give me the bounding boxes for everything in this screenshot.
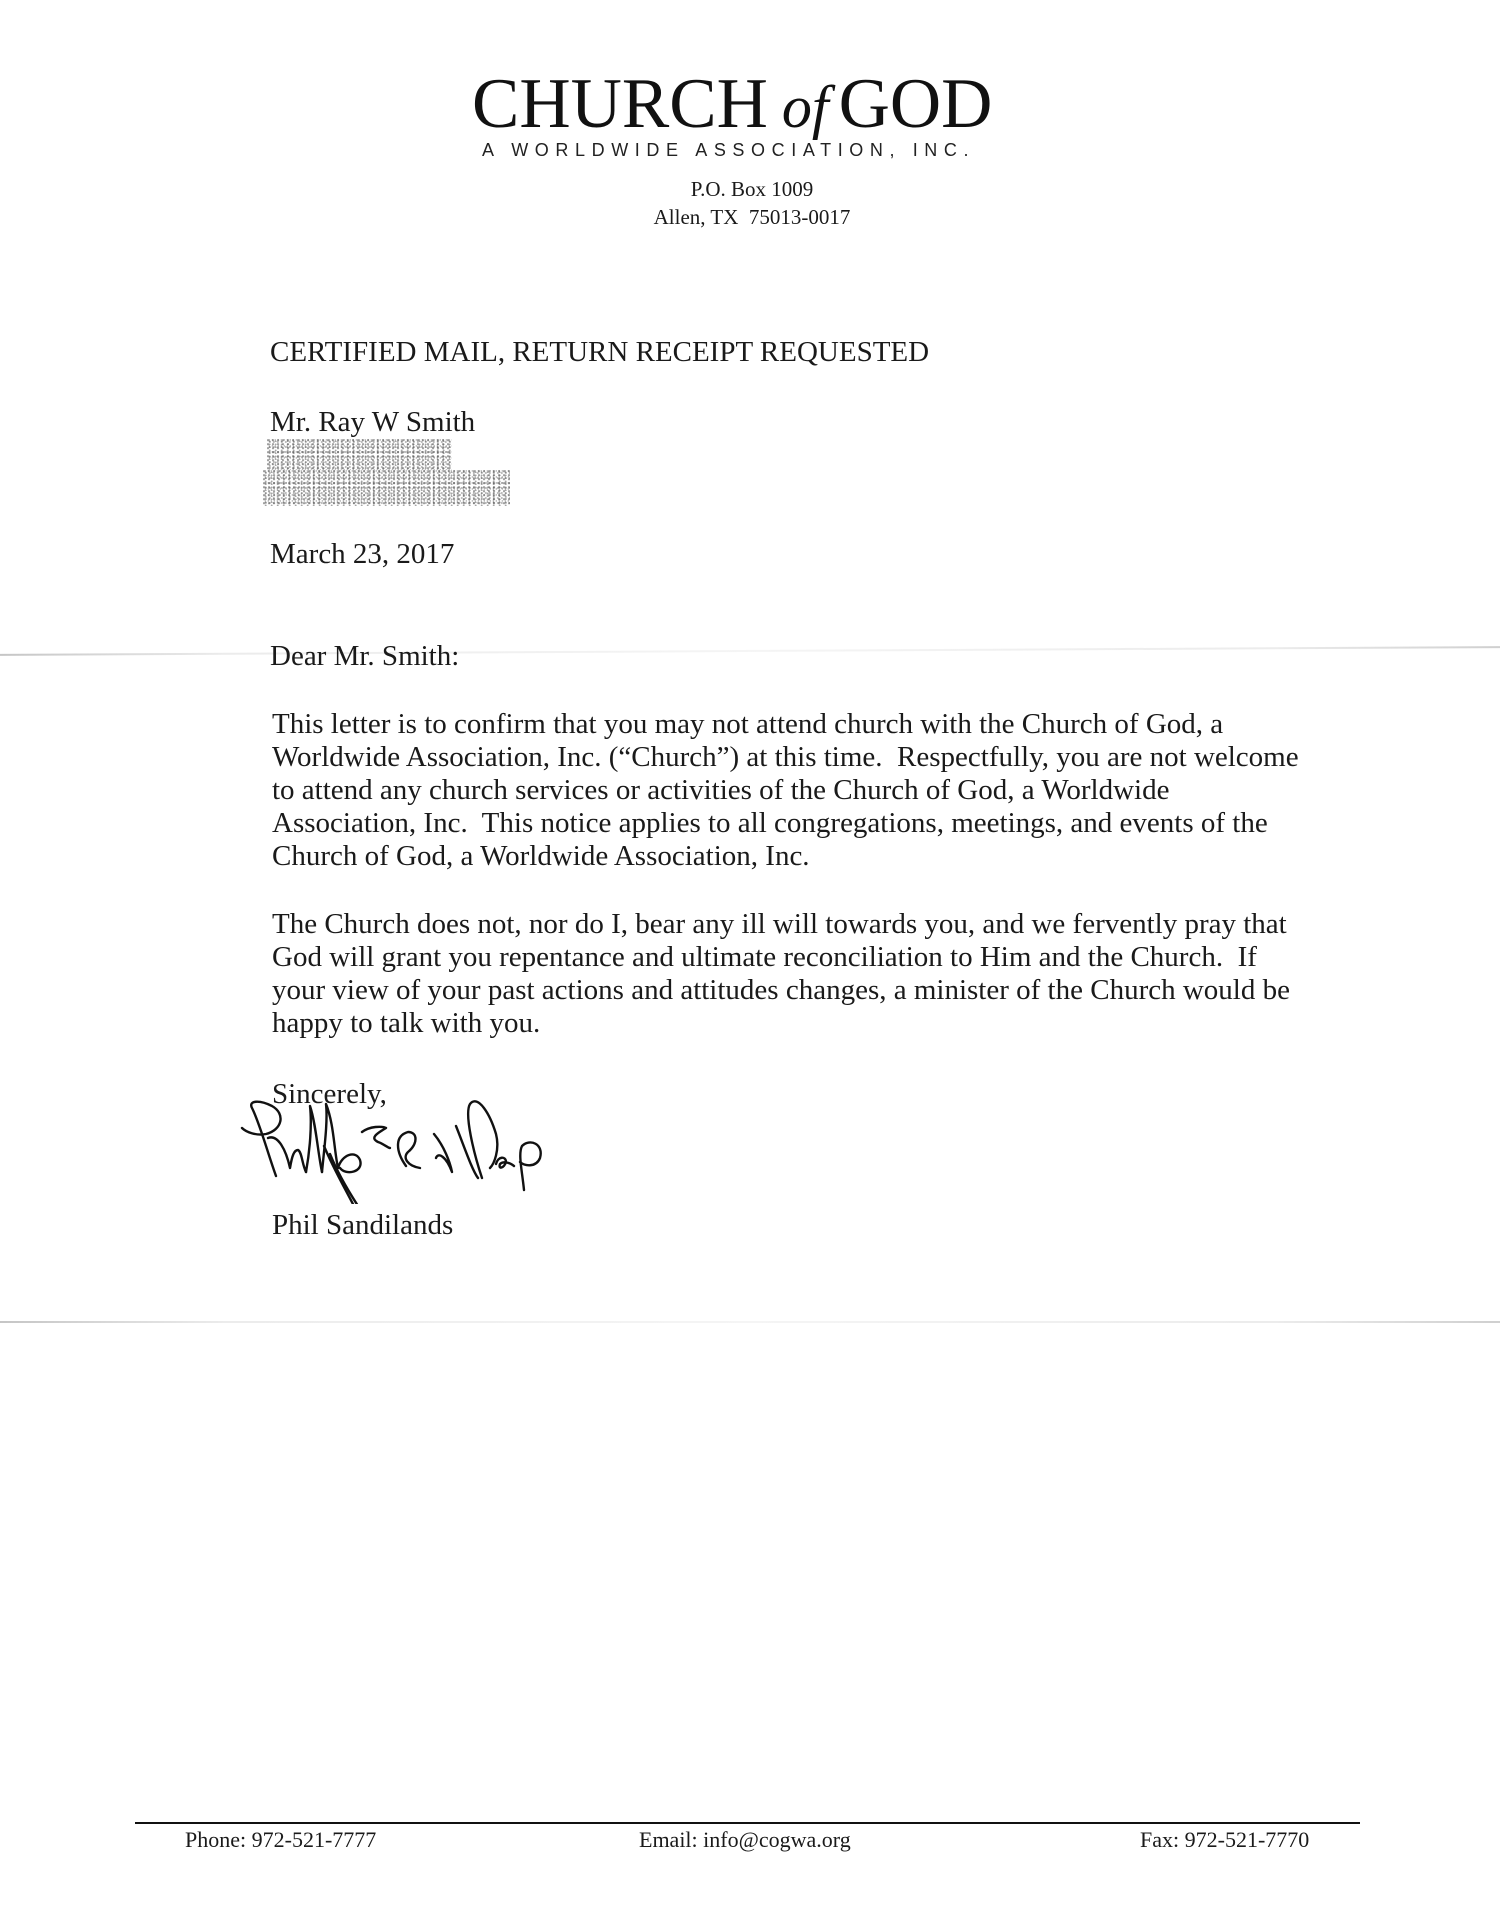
letterhead-address-line2: Allen, TX 75013-0017 bbox=[0, 207, 1500, 228]
paragraph-line: happy to talk with you. bbox=[272, 1009, 540, 1038]
paragraph-line: Church of God, a Worldwide Association, … bbox=[272, 842, 810, 871]
delivery-notice: CERTIFIED MAIL, RETURN RECEIPT REQUESTED bbox=[270, 338, 929, 367]
org-name-part1: CHURCH bbox=[472, 65, 768, 143]
organization-tagline: A WORLDWIDE ASSOCIATION, INC. bbox=[482, 141, 975, 159]
footer-email: Email: info@cogwa.org bbox=[639, 1829, 851, 1851]
paragraph-line: your view of your past actions and attit… bbox=[272, 976, 1290, 1005]
org-name-part2: GOD bbox=[839, 65, 993, 143]
paragraph-line: to attend any church services or activit… bbox=[272, 776, 1169, 805]
footer-fax: Fax: 972-521-7770 bbox=[1140, 1829, 1309, 1851]
organization-logo-title: CHURCHofGOD bbox=[472, 69, 992, 140]
paragraph-line: God will grant you repentance and ultima… bbox=[272, 943, 1257, 972]
footer-divider bbox=[135, 1822, 1360, 1824]
recipient-name: Mr. Ray W Smith bbox=[270, 408, 475, 437]
handwritten-signature bbox=[238, 1094, 558, 1204]
paragraph-line: This letter is to confirm that you may n… bbox=[272, 710, 1223, 739]
redacted-address-line bbox=[263, 470, 510, 506]
paragraph-line: Association, Inc. This notice applies to… bbox=[272, 809, 1268, 838]
footer-phone: Phone: 972-521-7777 bbox=[185, 1829, 376, 1851]
paragraph-line: The Church does not, nor do I, bear any … bbox=[272, 910, 1287, 939]
org-name-connector: of bbox=[782, 74, 829, 140]
letter-date: March 23, 2017 bbox=[270, 540, 454, 569]
letterhead-address-line1: P.O. Box 1009 bbox=[0, 179, 1500, 200]
paragraph-line: Worldwide Association, Inc. (“Church”) a… bbox=[272, 743, 1299, 772]
signer-name: Phil Sandilands bbox=[272, 1211, 453, 1240]
salutation: Dear Mr. Smith: bbox=[270, 642, 459, 671]
redacted-address-line bbox=[267, 439, 452, 471]
paper-fold-line bbox=[0, 646, 1500, 656]
paper-fold-line bbox=[0, 1321, 1500, 1323]
